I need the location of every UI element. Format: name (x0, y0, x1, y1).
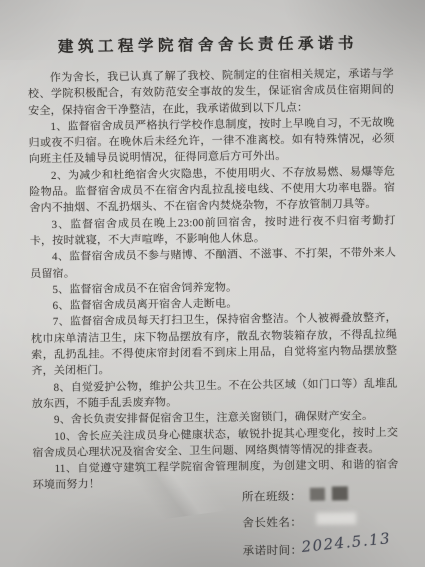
redaction-smudge (316, 513, 356, 525)
commitment-item-2: 2、为减少和杜绝宿舍火灾隐患，不使用明火、不存放易燃、易爆等危险物品。监督宿舍成… (29, 164, 396, 217)
commitment-item-3: 3、监督宿舍成员在晚上23:00前回宿舍，按时进行夜不归宿考勤打卡，按时就寝，不… (30, 212, 396, 249)
date-row: 承诺时间：2024.5.13 (242, 539, 412, 557)
class-row: 所在班级： (242, 487, 412, 505)
handwritten-date: 2024.5.13 (301, 529, 392, 556)
document-photo: 建筑工程学院宿舍舍长责任承诺书 作为舍长，我已认真了解了我校、院制定的住宿相关规… (0, 0, 425, 567)
intro-paragraph: 作为舍长，我已认真了解了我校、院制定的住宿相关规定，承诺与学校、学院积极配合，有… (28, 66, 395, 119)
redaction-block (332, 487, 348, 501)
commitment-item-4: 4、监督宿舍成员不参与赌博、不酗酒、不滋事、不打架，不带外来人员留宿。 (30, 245, 396, 282)
name-row: 舍长姓名： (242, 513, 412, 531)
document-title: 建筑工程学院宿舍舍长责任承诺书 (0, 30, 419, 57)
commitment-item-8: 8、自觉爱护公物，维护公共卫生。不在公共区域（如门口等）乱堆乱放东西，不随手乱丢… (32, 375, 398, 412)
commitment-item-1: 1、监督宿舍成员严格执行学校作息制度，按时上早晚自习，不无故晚归或夜不归宿。在晚… (28, 115, 395, 168)
date-label: 承诺时间： (243, 545, 303, 558)
document-body: 作为舍长，我已认真了解了我校、院制定的住宿相关规定，承诺与学校、学院积极配合，有… (28, 66, 399, 494)
document-page: 建筑工程学院宿舍舍长责任承诺书 作为舍长，我已认真了解了我校、院制定的住宿相关规… (0, 0, 425, 567)
redaction-block (310, 488, 325, 501)
class-label: 所在班级： (242, 491, 302, 504)
signature-block: 所在班级： 舍长姓名： 承诺时间：2024.5.13 (242, 487, 413, 567)
name-label: 舍长姓名： (242, 517, 302, 530)
commitment-item-10: 10、舍长应关注成员身心健康状态，敏锐扑捉其心理变化，按时上交宿舍成员心理状况及… (32, 424, 398, 461)
commitment-item-7: 7、监督宿舍成员每天打扫卫生，保持宿舍整洁。个人被褥叠放整齐，枕巾床单清洁卫生，… (31, 310, 398, 380)
